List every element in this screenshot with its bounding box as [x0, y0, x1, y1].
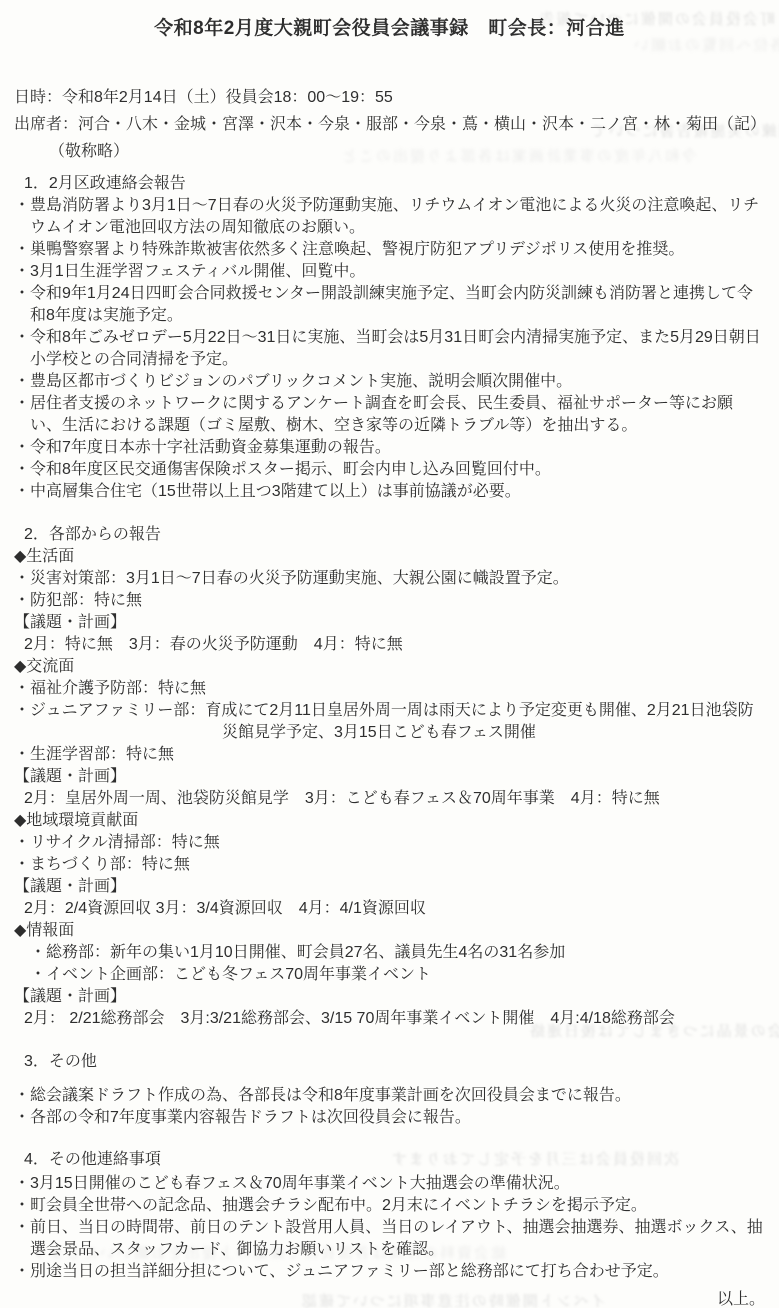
section-heading: 4．その他連絡事項 [24, 1149, 765, 1171]
category-heading: ◆情報面 [14, 920, 765, 942]
report-item: ・前日、当日の時間帯、前日のテント設営用人員、当日のレイアウト、抽選会抽選券、抽… [14, 1217, 765, 1261]
report-item: ・別途当日の担当詳細分担について、ジュニアファミリー部と総務部にて打ち合わせ予定… [14, 1261, 765, 1283]
attendees-list: 出席者：河合・八木・金城・宮澤・沢本・今泉・服部・今泉・蔦・横山・沢本・二ノ宮・… [14, 111, 765, 138]
report-item: ・巣鴨警察署より特殊詐欺被害依然多く注意喚起、警視庁防犯アプリデジポリス使用を推… [14, 239, 765, 261]
report-item: ・各部の令和7年度事業内容報告ドラフトは次回役員会に報告。 [14, 1107, 765, 1129]
report-item: ・令和9年1月24日四町会合同救援センター開設訓練実施予定、当町会内防災訓練も消… [14, 283, 765, 327]
report-item: ・3月15日開催のこども春フェス＆70周年事業イベント大抽選会の準備状況。 [14, 1173, 765, 1195]
section-heading: 1．2月区政連絡会報告 [24, 173, 765, 195]
monthly-plan: 2月：皇居外周一周、池袋防災館見学 3月：こども春フェス＆70周年事業 4月：特… [14, 788, 765, 810]
category-heading: ◆生活面 [14, 546, 765, 568]
meeting-datetime: 日時：令和8年2月14日（土）役員会18：00～19：55 [14, 84, 765, 111]
scanned-document-page: 町会役員会の開催について報告 各位へ回覧のお願い 防災訓練の実施報告書について … [0, 0, 779, 1308]
category-heading: ◆交流面 [14, 656, 765, 678]
monthly-plan: 2月：2/4資源回収 3月：3/4資源回収 4月：4/1資源回収 [14, 898, 765, 920]
honorifics-note: （敬称略） [14, 138, 765, 165]
report-item: ・町会員全世帯への記念品、抽選会チラシ配布中。2月末にイベントチラシを掲示予定。 [14, 1195, 765, 1217]
report-item: ・令和8年ごみゼロデー5月22日～31日に実施、当町会は5月31日町会内清掃実施… [14, 327, 765, 371]
agenda-plan-label: 【議題・計画】 [14, 876, 765, 898]
report-item: ・生涯学習部：特に無 [14, 744, 765, 766]
report-item: ・総会議案ドラフト作成の為、各部長は令和8年度事業計画を次回役員会までに報告。 [14, 1085, 765, 1107]
report-item: ・豊島消防署より3月1日～7日春の火災予防運動実施、リチウムイオン電池による火災… [14, 195, 765, 239]
section-ward-liaison-report: 1．2月区政連絡会報告 ・豊島消防署より3月1日～7日春の火災予防運動実施、リチ… [14, 173, 765, 503]
report-item: ・中高層集合住宅（15世帯以上且つ3階建て以上）は事前協議が必要。 [14, 481, 765, 503]
agenda-plan-label: 【議題・計画】 [14, 986, 765, 1008]
report-item: ・豊島区都市づくりビジョンのパブリックコメント実施、説明会順次開催中。 [14, 371, 765, 393]
report-item: ・イベント企画部：こども冬フェス70周年事業イベント [30, 964, 765, 986]
report-item: ・令和8年度区民交通傷害保険ポスター掲示、町会内申し込み回覧回付中。 [14, 459, 765, 481]
agenda-plan-label: 【議題・計画】 [14, 766, 765, 788]
report-item: ・防犯部：特に無 [14, 590, 765, 612]
section-heading: 3．その他 [24, 1051, 765, 1073]
section-other: 3．その他 ・総会議案ドラフト作成の為、各部長は令和8年度事業計画を次回役員会ま… [14, 1051, 765, 1129]
document-content: 令和8年2月度大親町会役員会議事録 町会長：河合進 日時：令和8年2月14日（土… [0, 0, 779, 1308]
page-title: 令和8年2月度大親町会役員会議事録 町会長：河合進 [14, 16, 765, 42]
section-other-notices: 4．その他連絡事項 ・3月15日開催のこども春フェス＆70周年事業イベント大抽選… [14, 1149, 765, 1283]
section-department-reports: 2．各部からの報告 ◆生活面 ・災害対策部：3月1日～7日春の火災予防運動実施、… [14, 524, 765, 1030]
report-item: ・ジュニアファミリー部：育成にて2月11日皇居外周一周は雨天により予定変更も開催… [14, 700, 765, 744]
report-item: ・福祉介護予防部：特に無 [14, 678, 765, 700]
section-heading: 2．各部からの報告 [24, 524, 765, 546]
meeting-meta: 日時：令和8年2月14日（土）役員会18：00～19：55 出席者：河合・八木・… [14, 84, 765, 165]
closing-remark: 以上。 [14, 1289, 765, 1308]
report-item: ・災害対策部：3月1日～7日春の火災予防運動実施、大親公園に幟設置予定。 [14, 568, 765, 590]
report-item: ・3月1日生涯学習フェスティバル開催、回覧中。 [14, 261, 765, 283]
report-item: ・総務部：新年の集い1月10日開催、町会員27名、議員先生4名の31名参加 [30, 942, 765, 964]
report-item: ・リサイクル清掃部：特に無 [14, 832, 765, 854]
monthly-plan: 2月：特に無 3月：春の火災予防運動 4月：特に無 [14, 634, 765, 656]
report-item: ・まちづくり部：特に無 [14, 854, 765, 876]
report-item: ・居住者支援のネットワークに関するアンケート調査を町会長、民生委員、福祉サポータ… [14, 393, 765, 437]
agenda-plan-label: 【議題・計画】 [14, 612, 765, 634]
monthly-plan: 2月： 2/21総務部会 3月:3/21総務部会、3/15 70周年事業イベント… [14, 1008, 765, 1030]
category-heading: ◆地域環境貢献面 [14, 810, 765, 832]
report-item: ・令和7年度日本赤十字社活動資金募集運動の報告。 [14, 437, 765, 459]
